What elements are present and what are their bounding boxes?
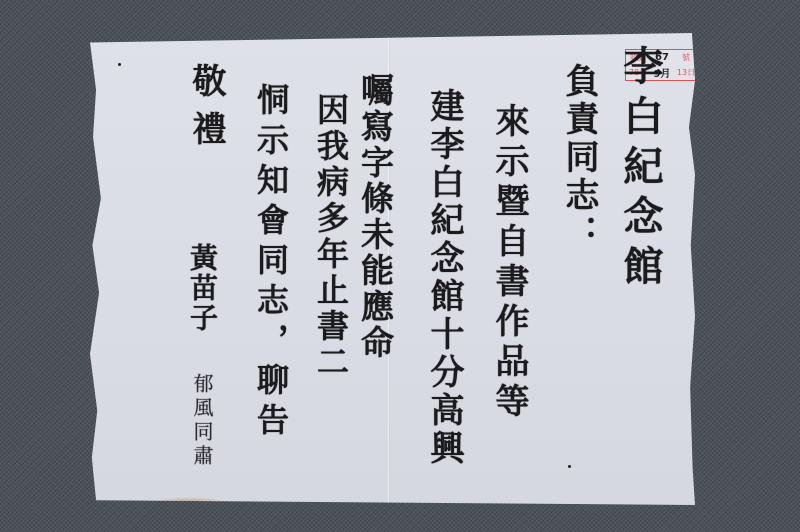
letter-signature: 黃苗子 — [182, 243, 222, 333]
ink-spot — [118, 63, 121, 66]
ink-spot — [568, 465, 571, 468]
stamp-suffix: 號 — [682, 52, 690, 63]
stamp-day: 13日 — [677, 67, 695, 78]
letter-column-body-1: 來示暨自書作品等 — [485, 103, 534, 423]
letter-column-body-5: 恫示知會同志，聊告 — [248, 83, 294, 443]
letter-signature-note: 郁風同肅 — [188, 373, 217, 469]
letter-column-body-4: 因我病多年止書二 — [308, 93, 354, 381]
letter-column-body-2: 建李白紀念館十分高興 — [420, 88, 469, 468]
paper-stain — [155, 497, 225, 505]
letter-paper: 收到 67 號 78年 9月 13日 李白紀念館 負責同志： 來示暨自書作品等 … — [90, 33, 695, 505]
letter-column-salutation: 負責同志： — [555, 63, 604, 253]
letter-column-closing: 敬禮 — [182, 63, 231, 159]
letter-column-addressee: 李白紀念館 — [612, 45, 669, 295]
letter-column-body-3: 囑寫字條未能應命 — [352, 73, 399, 361]
